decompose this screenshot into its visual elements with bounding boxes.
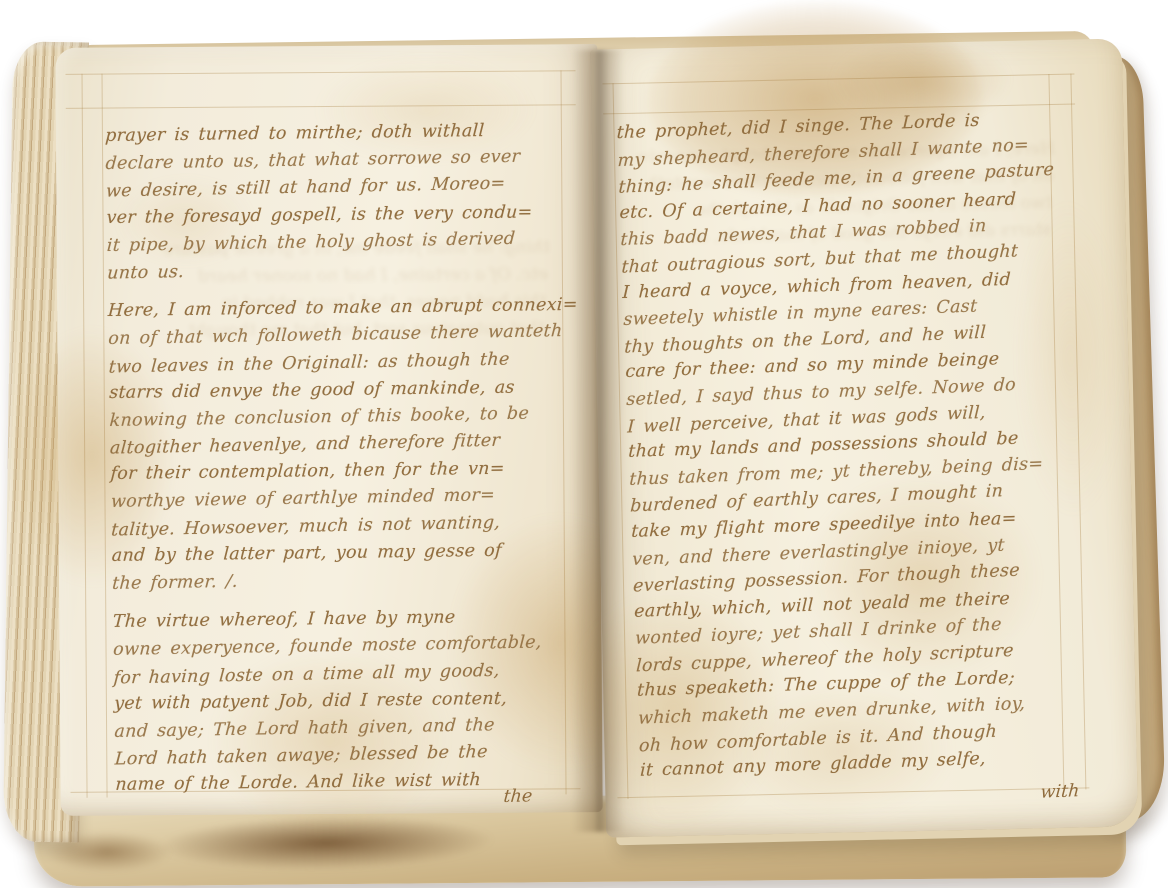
left-page: thing: he shall feede me, in a greene pa… — [55, 44, 602, 816]
head-rule-lower — [66, 104, 576, 109]
manuscript-paragraph: prayer is turned to mirthe; doth withall… — [105, 116, 570, 286]
right-page-text: the prophet, did I singe. The Lorde ismy… — [616, 104, 1096, 785]
manuscript-paragraph: the prophet, did I singe. The Lorde ismy… — [616, 104, 1096, 785]
right-page-catchword: with — [1040, 781, 1080, 803]
manuscript-paragraph: The virtue whereof, I have by myneowne e… — [113, 602, 578, 800]
manuscript-book: thing: he shall feede me, in a greene pa… — [6, 20, 1160, 872]
left-page-catchword: the — [503, 786, 533, 807]
right-page: Here, I am inforced to make an abrupt co… — [590, 39, 1138, 838]
margin-rule-left-outer — [82, 74, 88, 798]
head-rule-upper — [66, 70, 576, 75]
photograph-background: thing: he shall feede me, in a greene pa… — [0, 0, 1168, 888]
left-page-text: prayer is turned to mirthe; doth withall… — [105, 116, 578, 800]
binding-worn-patch-left — [42, 832, 172, 872]
head-rule-upper — [603, 74, 1075, 85]
manuscript-paragraph: Here, I am inforced to make an abrupt co… — [108, 291, 575, 597]
binding-worn-patch — [155, 812, 496, 873]
foot-rule — [617, 787, 1089, 798]
